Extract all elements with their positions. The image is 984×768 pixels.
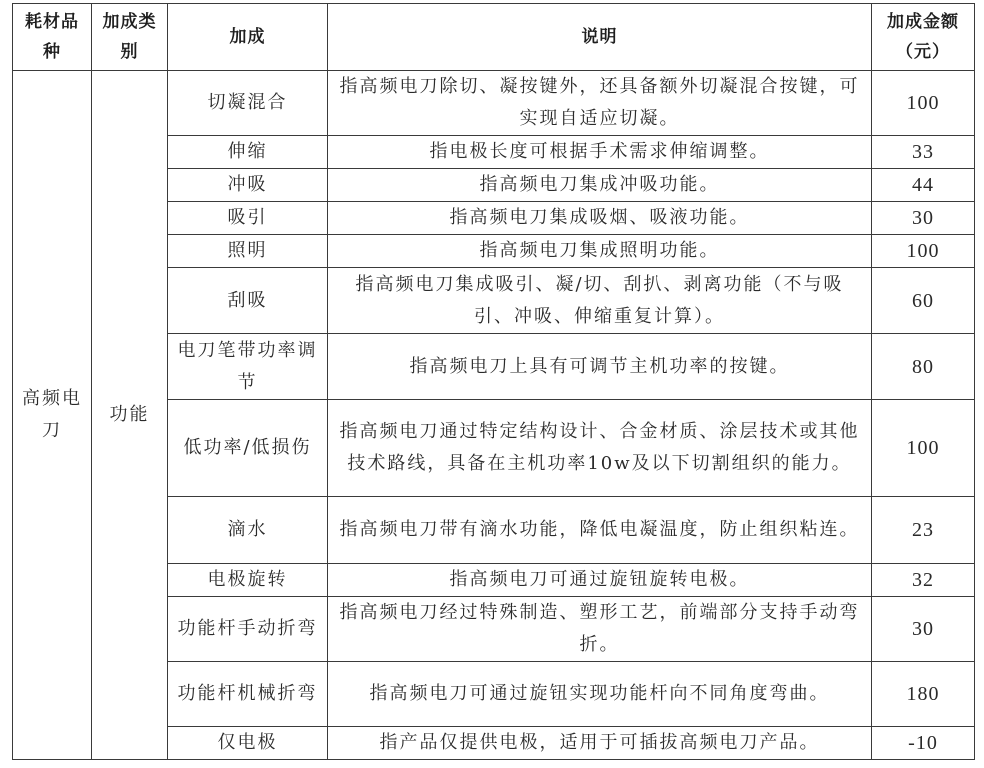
amount-cell: 100 [872,71,975,136]
header-description: 说明 [328,4,872,71]
addon-cell: 切凝混合 [168,71,328,136]
amount-cell: 80 [872,334,975,400]
pricing-addon-table: 耗材品种 加成类别 加成 说明 加成金额（元） 高频电刀 功能 切凝混合 指高频… [12,3,975,760]
description-cell: 指高频电刀通过特定结构设计、合金材质、涂层技术或其他技术路线，具备在主机功率10… [328,400,872,497]
amount-cell: 100 [872,235,975,268]
amount-cell: -10 [872,727,975,760]
header-material: 耗材品种 [13,4,92,71]
description-cell: 指高频电刀集成冲吸功能。 [328,169,872,202]
description-cell: 指高频电刀集成吸烟、吸液功能。 [328,202,872,235]
addon-cell: 电极旋转 [168,564,328,597]
description-cell: 指高频电刀经过特殊制造、塑形工艺，前端部分支持手动弯折。 [328,597,872,662]
description-cell: 指产品仅提供电极，适用于可插拔高频电刀产品。 [328,727,872,760]
addon-cell: 刮吸 [168,268,328,334]
description-cell: 指高频电刀集成照明功能。 [328,235,872,268]
addon-cell: 伸缩 [168,136,328,169]
header-addon: 加成 [168,4,328,71]
amount-cell: 33 [872,136,975,169]
header-amount: 加成金额（元） [872,4,975,71]
description-cell: 指高频电刀带有滴水功能，降低电凝温度，防止组织粘连。 [328,497,872,564]
amount-cell: 100 [872,400,975,497]
amount-cell: 44 [872,169,975,202]
amount-cell: 32 [872,564,975,597]
addon-cell: 滴水 [168,497,328,564]
category-cell: 功能 [92,71,168,760]
description-cell: 指高频电刀上具有可调节主机功率的按键。 [328,334,872,400]
description-cell: 指高频电刀可通过旋钮旋转电极。 [328,564,872,597]
description-cell: 指电极长度可根据手术需求伸缩调整。 [328,136,872,169]
addon-cell: 仅电极 [168,727,328,760]
amount-cell: 180 [872,662,975,727]
header-row: 耗材品种 加成类别 加成 说明 加成金额（元） [13,4,975,71]
addon-cell: 冲吸 [168,169,328,202]
addon-cell: 功能杆机械折弯 [168,662,328,727]
description-cell: 指高频电刀集成吸引、凝/切、刮扒、剥离功能（不与吸引、冲吸、伸缩重复计算）。 [328,268,872,334]
addon-cell: 电刀笔带功率调节 [168,334,328,400]
amount-cell: 60 [872,268,975,334]
description-cell: 指高频电刀可通过旋钮实现功能杆向不同角度弯曲。 [328,662,872,727]
header-category: 加成类别 [92,4,168,71]
material-cell: 高频电刀 [13,71,92,760]
amount-cell: 23 [872,497,975,564]
addon-cell: 照明 [168,235,328,268]
amount-cell: 30 [872,202,975,235]
addon-cell: 吸引 [168,202,328,235]
amount-cell: 30 [872,597,975,662]
table-row: 高频电刀 功能 切凝混合 指高频电刀除切、凝按键外，还具备额外切凝混合按键，可实… [13,71,975,136]
description-cell: 指高频电刀除切、凝按键外，还具备额外切凝混合按键，可实现自适应切凝。 [328,71,872,136]
addon-cell: 功能杆手动折弯 [168,597,328,662]
addon-cell: 低功率/低损伤 [168,400,328,497]
